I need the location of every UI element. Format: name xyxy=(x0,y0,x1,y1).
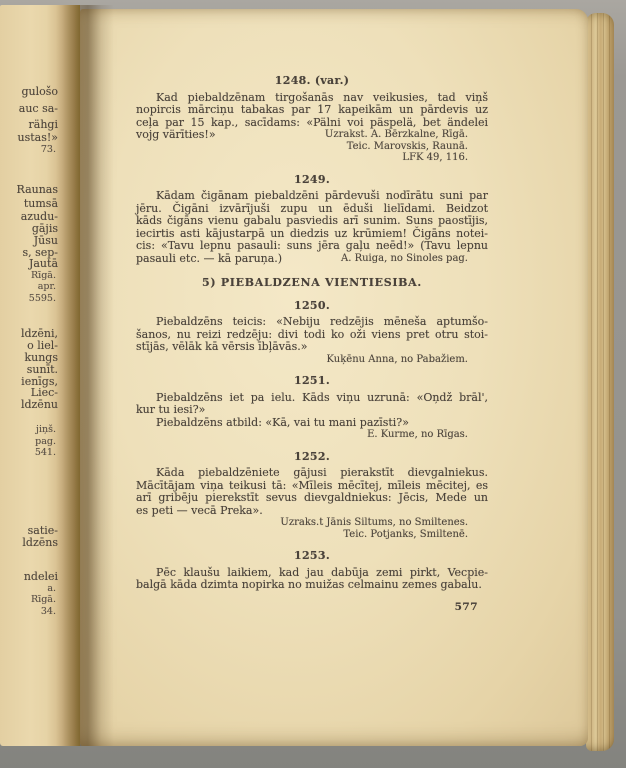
entry-paragraph: Pēc klaušu laikiem, kad jau dabūja zemi … xyxy=(136,567,488,592)
left-page-text-fragment: azudu- xyxy=(21,211,58,222)
left-page-text-fragment: rähgi xyxy=(29,119,58,130)
left-page-strip: gulošoauc sa-rähgiustas!»73.Raunastumsāa… xyxy=(0,5,80,746)
attribution-line: E. Kurme, no Rīgas. xyxy=(136,429,468,441)
left-page-text-fragment: satie- xyxy=(28,525,58,536)
left-page-text-fragment: Jautā xyxy=(29,258,58,269)
page-edge-stack xyxy=(586,13,614,751)
attribution-line: Kuķēnu Anna, no Pabažiem. xyxy=(136,354,468,366)
entry-paragraph: Piebaldzēns iet pa ielu. Kāds viņu uzrun… xyxy=(136,392,488,417)
entry-number: 1250. xyxy=(136,300,488,313)
left-page-text-fragment: ustas!» xyxy=(17,132,58,143)
left-page-text-fragment: Liec- xyxy=(31,387,58,398)
left-page-text-fragment: 73. xyxy=(41,144,56,155)
left-page-text-fragment: ldzēni, xyxy=(21,328,58,339)
left-page-text-fragment: o liel- xyxy=(27,340,58,351)
left-page-text-fragment: tumsā xyxy=(24,198,58,209)
left-page-text-fragment: Rīgā. xyxy=(31,270,56,281)
chapter-subheading: 5) PIEBALDZENA VIENTIESIBA. xyxy=(136,277,488,290)
left-page-text-fragment: pag. xyxy=(35,436,56,447)
entry-number: 1248. (var.) xyxy=(136,75,488,88)
entry-paragraph: Piebaldzēns teicis: «Nebiju redzējis mēn… xyxy=(136,316,488,354)
left-page-text-fragment: a. xyxy=(47,583,56,594)
left-page-text-fragment: gulošo xyxy=(21,86,58,97)
left-page-text-fragment: sunīt. xyxy=(27,364,58,375)
left-page-text-fragment: Jūsu xyxy=(34,235,58,246)
left-page-text-fragment: auc sa- xyxy=(19,103,58,114)
entry-number: 1252. xyxy=(136,451,488,464)
text-line: cis: «Tavu lepnu pasauli: suns jēra gaļu… xyxy=(136,240,488,253)
left-page-text-fragment: gājis xyxy=(32,223,58,234)
text-line: stījās, vēlāk kā vērsis ībļāvās.» xyxy=(136,341,488,354)
book-scan: gulošoauc sa-rähgiustas!»73.Raunastumsāa… xyxy=(0,0,626,768)
text-line: Piebaldzēns atbild: «Kā, vai tu mani paz… xyxy=(136,417,488,430)
attribution-line: LFK 49, 116. xyxy=(136,152,468,164)
right-page: 1248. (var.)Kad piebaldzēnam tirgošanās … xyxy=(80,9,588,746)
page-number: 577 xyxy=(136,601,488,614)
left-page-text-fragment: ndelei xyxy=(24,571,58,582)
text-line: Piebaldzēns teicis: «Nebiju redzējis mēn… xyxy=(136,316,488,329)
left-page-text-fragment: jiņš. xyxy=(36,424,56,435)
text-line: kur tu iesi?» xyxy=(136,404,488,417)
text-line: nopircis mārciņu tabakas par 17 kapeikām… xyxy=(136,104,488,117)
attribution-block: Kuķēnu Anna, no Pabažiem. xyxy=(136,354,488,366)
left-page-text-fragment: Raunas xyxy=(17,184,58,195)
sections: 1248. (var.)Kad piebaldzēnam tirgošanās … xyxy=(136,75,488,592)
attribution-line: Teic. Marovskis, Raunā. xyxy=(136,141,468,153)
text-line: Kādam čigānam piebaldzēni pārdevuši nodī… xyxy=(136,190,488,203)
entry-number: 1249. xyxy=(136,174,488,187)
entry-number: 1253. xyxy=(136,550,488,563)
left-page-text-fragment: ldzēns xyxy=(22,537,58,548)
left-page-text-fragment: apr. xyxy=(38,281,56,292)
text-line: kāds čigāns vienu gabalu pasviedis arī s… xyxy=(136,215,488,228)
attribution-line: Teic. Potjanks, Smiltenē. xyxy=(136,529,468,541)
page-edge-lines xyxy=(586,13,614,751)
text-line: balgā kāda dzimta nopirka no muižas celm… xyxy=(136,579,488,592)
attribution-line: Uzraks.t Jānis Siltums, no Smiltenes. xyxy=(136,517,468,529)
left-page-text-fragment: 541. xyxy=(35,447,56,458)
entry-paragraph: Piebaldzēns atbild: «Kā, vai tu mani paz… xyxy=(136,417,488,430)
attribution-block: E. Kurme, no Rīgas. xyxy=(136,429,488,441)
text-line: Kāda piebaldzēniete gājusi pierakstīt di… xyxy=(136,467,488,480)
left-page-text-fragment: kungs xyxy=(24,352,58,363)
page-text-column: 1248. (var.)Kad piebaldzēnam tirgošanās … xyxy=(136,75,488,613)
left-page-text-fragment: ldzēnu xyxy=(21,399,58,410)
entry-number: 1251. xyxy=(136,375,488,388)
text-line: arī gribēju pierekstīt sevus dievgaldnie… xyxy=(136,492,488,505)
attribution-block: Uzraks.t Jānis Siltums, no Smiltenes.Tei… xyxy=(136,517,488,540)
left-page-text-fragment: Rīgā. xyxy=(31,594,56,605)
text-line: es peti — vecā Preka». xyxy=(136,505,488,518)
left-page-text-fragment: 5595. xyxy=(29,293,56,304)
left-page-text-fragment: 34. xyxy=(41,606,56,617)
entry-paragraph: Kāda piebaldzēniete gājusi pierakstīt di… xyxy=(136,467,488,517)
